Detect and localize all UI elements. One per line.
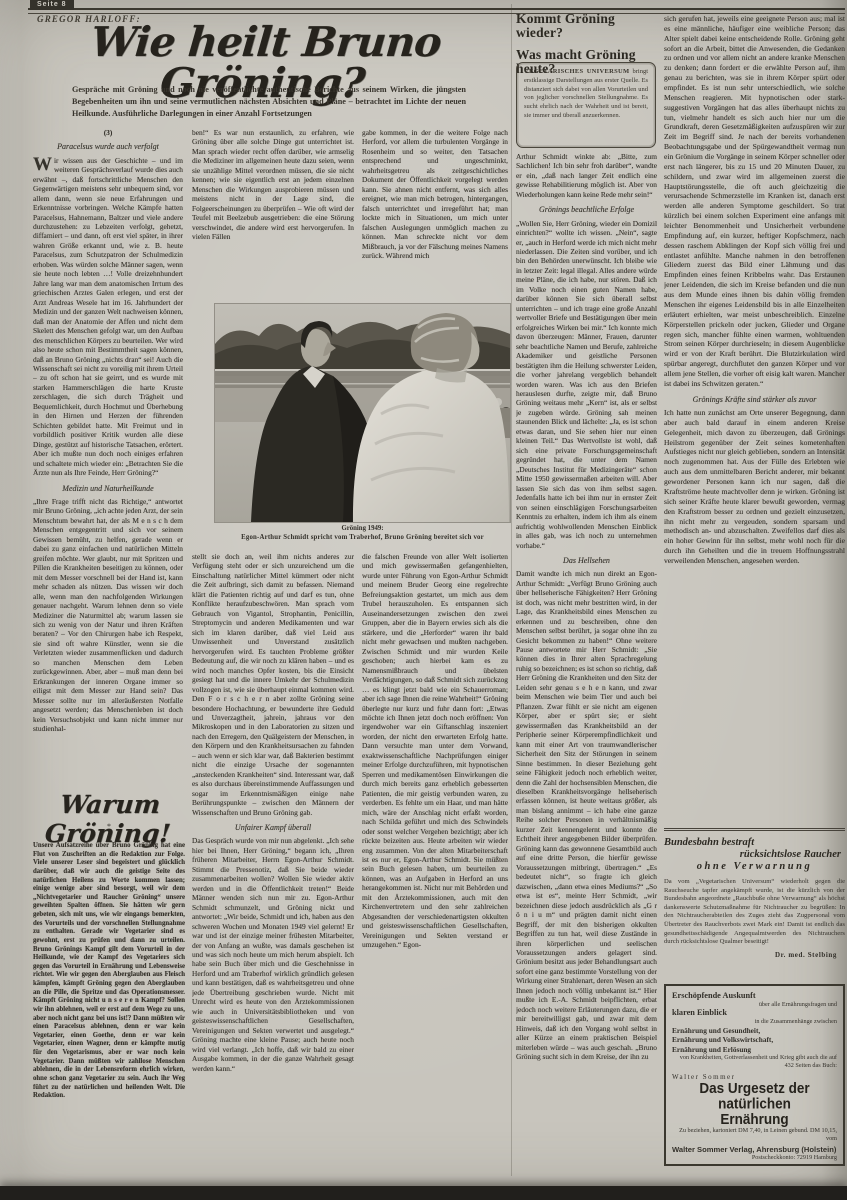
body-text: gabe kommen, in der die weitere Folge na… (362, 128, 508, 261)
ad-order-info: Zu beziehen, kartoniert DM 7,40, in Lein… (672, 1127, 837, 1143)
ad-book-title: Das Urgesetz der natürlichenErnährung (672, 1080, 837, 1128)
subheading-paracelsus: Paracelsus wurde auch verfolgt (33, 142, 183, 152)
body-text: „Wollen Sie, Herr Gröning, wieder ein Do… (516, 219, 657, 550)
column-3-bottom: die falschen Freunde von aller Welt isol… (362, 552, 508, 1168)
body-text: die falschen Freunde von aller Welt isol… (362, 552, 508, 950)
scan-edge-band (0, 1186, 847, 1200)
subheading-hellsehen: Das Hellsehen (516, 556, 657, 566)
body-text: Damit wandte ich mich nun direkt an Egon… (516, 569, 657, 1061)
drop-cap: W (33, 156, 54, 172)
column-5: sich gerufen hat, jeweils eine geeignete… (664, 14, 845, 826)
body-text: „Ihre Frage trifft nicht das Richtige,“ … (33, 497, 183, 734)
notice-body: Da vom „Vegetarischen Universum“ wiederh… (664, 878, 845, 947)
photo-caption-text: Egon-Arthur Schmidt spricht vom Traberho… (215, 534, 510, 543)
ad-item-erloesung: Ernährung und Erlösung (672, 1045, 837, 1054)
photo-groening-traberhof (215, 304, 510, 522)
pledge-text: VEGETARISCHES UNIVERSUM bringt erstklass… (524, 68, 648, 121)
editorial-title: Warum Gröning! (30, 790, 187, 848)
page-number-label: Seite 8 (30, 0, 74, 10)
notice-title-line2: rücksichtslose Raucher (664, 849, 845, 861)
column-1: (3) Paracelsus wurde auch verfolgt Wir w… (33, 128, 183, 784)
body-text: Arthur Schmidt winkte ab: „Bitte, zum Sa… (516, 152, 657, 199)
ad-lead-2: klaren Einblick (672, 1008, 837, 1018)
article-standfirst: Gespräche mit Gröning und noch nie veröf… (72, 84, 466, 120)
header-kommt-groening: Kommt Gröning wieder? (516, 12, 662, 39)
ad-lead-1: Erschöpfende Auskunft (672, 991, 837, 1001)
pledge-lead: VEGETARISCHES UNIVERSUM (524, 68, 629, 75)
body-text: Wir wissen aus der Geschichte – und im w… (33, 156, 183, 478)
notice-title-line1: Bundesbahn bestraft (664, 837, 845, 849)
newspaper-page: Seite 8 GREGOR HARLOFF: Wie heilt Bruno … (0, 0, 847, 1200)
editorial-body: Unsere Aufsatzreihe über Bruno Gröning h… (33, 842, 185, 1168)
ad-sub-3: von Krankheiten, Gottverlassenheit und K… (672, 1054, 837, 1070)
photo-caption-title: Gröning 1949: (215, 525, 510, 534)
ad-sub-1: über alle Ernährungsfragen und (672, 1001, 837, 1009)
column-4: Arthur Schmidt winkte ab: „Bitte, zum Sa… (516, 152, 657, 1168)
part-number: (3) (33, 128, 183, 137)
body-text: sich gerufen hat, jeweils eine geeignete… (664, 14, 845, 389)
column-2-top: ben!“ Es war nun erstaunlich, zu erfahre… (192, 128, 354, 300)
editorial-star: * (33, 822, 185, 831)
photo-block: Gröning 1949: Egon-Arthur Schmidt sprich… (215, 304, 510, 543)
column-2-bottom: stellt sie doch an, weil ihm nichts ande… (192, 552, 354, 1168)
photo-caption: Gröning 1949: Egon-Arthur Schmidt sprich… (215, 525, 510, 543)
ad-item-volkswirtschaft: Ernährung und Volkswirtschaft, (672, 1035, 837, 1044)
editorial-pledge-box: VEGETARISCHES UNIVERSUM bringt erstklass… (516, 62, 656, 148)
subheading-kraefte-staerker: Grönings Kräfte sind stärker als zuvor (664, 395, 845, 405)
photo-illustration (215, 304, 510, 522)
subheading-beachtliche-erfolge: Grönings beachtliche Erfolge (516, 205, 657, 215)
subheading-unfairer-kampf: Unfairer Kampf überall (192, 823, 354, 833)
body-text: ben!“ Es war nun erstaunlich, zu erfahre… (192, 128, 354, 242)
notice-signature: Dr. med. Stelbing (664, 951, 845, 959)
body-text: Das Gespräch wurde von mir nun abgelenkt… (192, 836, 354, 1073)
column-3-top: gabe kommen, in der die weitere Folge na… (362, 128, 508, 300)
ad-account: Postscheckkonto: 72919 Hamburg (672, 1154, 837, 1162)
section-divider-rule (511, 4, 512, 1176)
body-text: stellt sie doch an, weil ihm nichts ande… (192, 552, 354, 817)
ad-sub-2: in die Zusammenhänge zwischen (672, 1018, 837, 1026)
bundesbahn-notice-box: Bundesbahn bestraft rücksichtslose Rauch… (664, 828, 845, 959)
body-text: Ich hatte nun zunächst am Orte unserer B… (664, 408, 845, 566)
book-ad-box: Erschöpfende Auskunft über alle Ernährun… (664, 984, 845, 1166)
ad-publisher: Walter Sommer Verlag, Ahrensburg (Holste… (672, 1145, 837, 1154)
ad-item-gesundheit: Ernährung und Gesundheit, (672, 1026, 837, 1035)
notice-title-line3: ohne Verwarnung (664, 861, 845, 873)
subheading-medizin: Medizin und Naturheilkunde (33, 484, 183, 494)
